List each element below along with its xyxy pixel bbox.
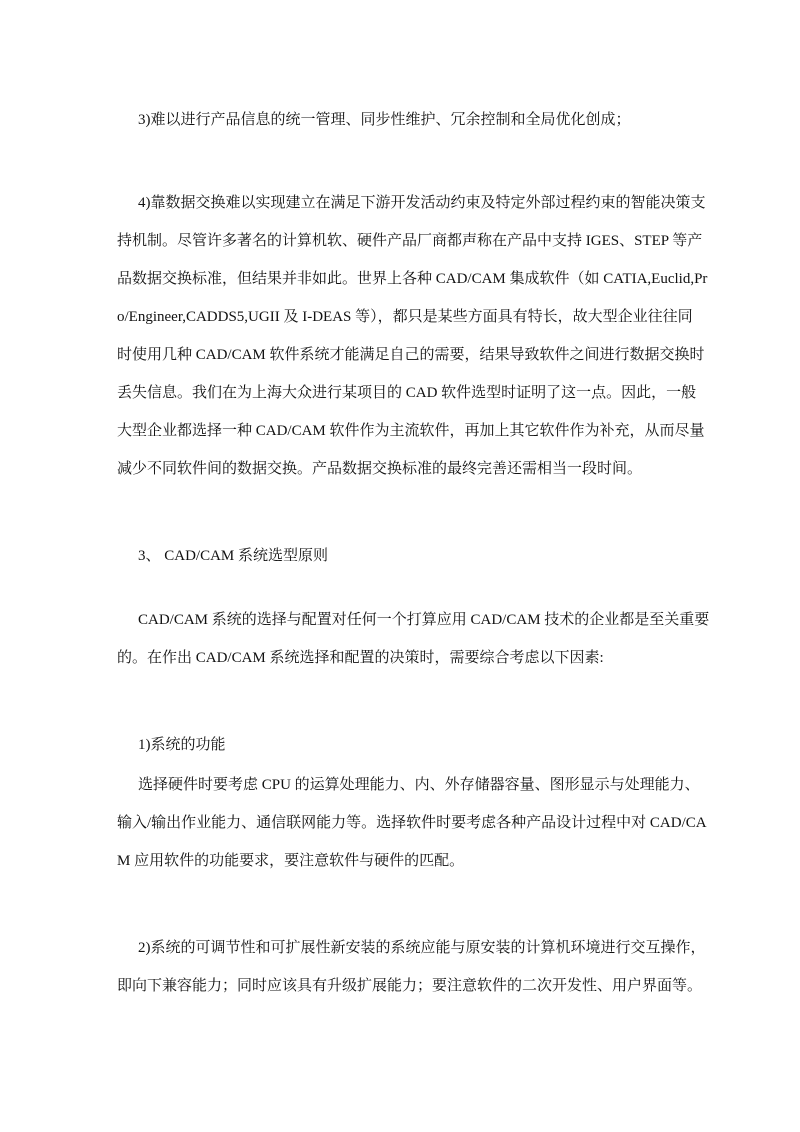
factor-1-heading: 1)系统的功能: [138, 735, 226, 755]
intro-line-2: 的。在作出 CAD/CAM 系统选择和配置的决策时，需要综合考虑以下因素:: [117, 648, 604, 668]
item-4-line-4: o/Engineer,CADDS5,UGII 及 I-DEAS 等），都只是某些…: [117, 307, 693, 327]
item-4-line-1: 4)靠数据交换难以实现建立在满足下游开发活动约束及特定外部过程约束的智能决策支: [138, 193, 706, 213]
factor-2-line-1: 2)系统的可调节性和可扩展性新安装的系统应能与原安装的计算机环境进行交互操作，: [138, 938, 706, 958]
item-4-line-3: 品数据交换标准，但结果并非如此。世界上各种 CAD/CAM 集成软件（如 CAT…: [117, 269, 707, 289]
intro-line-1: CAD/CAM 系统的选择与配置对任何一个打算应用 CAD/CAM 技术的企业都…: [138, 610, 709, 630]
item-4-line-5: 时使用几种 CAD/CAM 软件系统才能满足自己的需要，结果导致软件之间进行数据…: [117, 345, 705, 365]
item-4-line-7: 大型企业都选择一种 CAD/CAM 软件作为主流软件，再加上其它软件作为补充，从…: [117, 421, 705, 441]
factor-1-line-2: 输入/输出作业能力、通信联网能力等。选择软件时要考虑各种产品设计过程中对 CAD…: [117, 813, 707, 833]
item-4-line-8: 减少不同软件间的数据交换。产品数据交换标准的最终完善还需相当一段时间。: [117, 459, 642, 479]
item-4-line-6: 丢失信息。我们在为上海大众进行某项目的 CAD 软件选型时证明了这一点。因此，一…: [117, 383, 696, 403]
item-3-line: 3)难以进行产品信息的统一管理、同步性维护、冗余控制和全局优化创成；: [138, 110, 631, 130]
factor-1-line-3: M 应用软件的功能要求，要注意软件与硬件的匹配。: [117, 851, 464, 871]
factor-1-line-1: 选择硬件时要考虑 CPU 的运算处理能力、内、外存储器容量、图形显示与处理能力、: [138, 775, 700, 795]
factor-2-line-2: 即向下兼容能力；同时应该具有升级扩展能力；要注意软件的二次开发性、用户界面等。: [117, 976, 702, 996]
section-heading: 3、 CAD/CAM 系统选型原则: [138, 546, 328, 566]
item-4-line-2: 持机制。尽管许多著名的计算机软、硬件产品厂商都声称在产品中支持 IGES、STE…: [117, 231, 702, 251]
